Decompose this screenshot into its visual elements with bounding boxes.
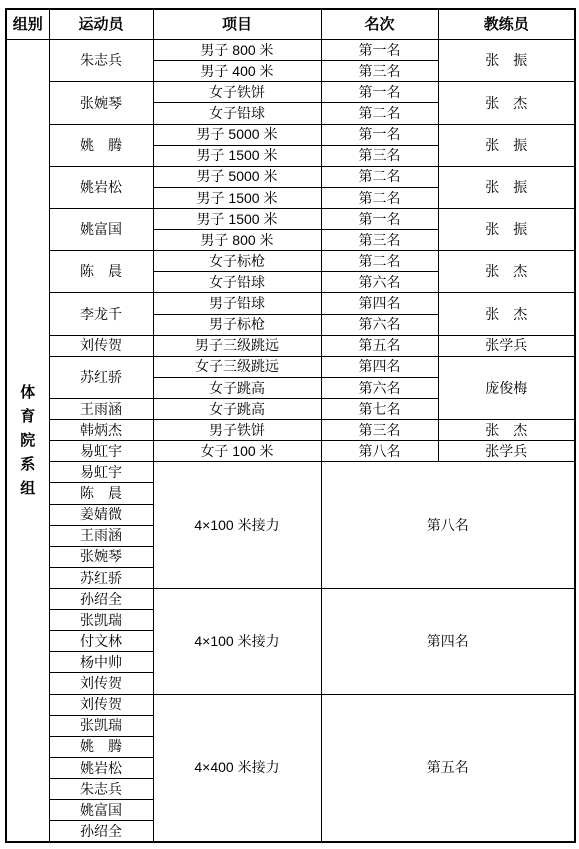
event-cell: 男子 5000 米 bbox=[153, 124, 321, 145]
event-cell: 女子铅球 bbox=[153, 103, 321, 124]
header-group: 组别 bbox=[6, 9, 49, 40]
rank-cell: 第一名 bbox=[321, 40, 438, 61]
event-cell: 女子铅球 bbox=[153, 272, 321, 293]
event-cell: 女子跳高 bbox=[153, 377, 321, 398]
relay-event-cell: 4×400 米接力 bbox=[153, 694, 321, 842]
rank-cell: 第六名 bbox=[321, 314, 438, 335]
event-cell: 男子 5000 米 bbox=[153, 166, 321, 187]
rank-cell: 第二名 bbox=[321, 103, 438, 124]
relay-rank-cell: 第四名 bbox=[321, 589, 575, 695]
relay-member-cell: 易虹宇 bbox=[49, 462, 153, 483]
header-row: 组别 运动员 项目 名次 教练员 bbox=[6, 9, 575, 40]
athlete-cell: 韩炳杰 bbox=[49, 420, 153, 441]
athlete-cell: 李龙千 bbox=[49, 293, 153, 335]
table-row: 易虹宇 女子 100 米 第八名 张学兵 bbox=[6, 441, 575, 462]
event-cell: 男子 1500 米 bbox=[153, 145, 321, 166]
rank-cell: 第三名 bbox=[321, 420, 438, 441]
rank-cell: 第八名 bbox=[321, 441, 438, 462]
rank-cell: 第三名 bbox=[321, 145, 438, 166]
relay-member-cell: 姚 腾 bbox=[49, 736, 153, 757]
coach-cell: 庞俊梅 bbox=[438, 356, 575, 419]
event-cell: 女子跳高 bbox=[153, 399, 321, 420]
relay-member-cell: 苏红骄 bbox=[49, 567, 153, 588]
relay-member-cell: 姚岩松 bbox=[49, 757, 153, 778]
rank-cell: 第三名 bbox=[321, 230, 438, 251]
athlete-cell: 易虹宇 bbox=[49, 441, 153, 462]
table-row: 姚岩松 男子 5000 米 第二名 张 振 bbox=[6, 166, 575, 187]
event-cell: 女子 100 米 bbox=[153, 441, 321, 462]
rank-cell: 第二名 bbox=[321, 166, 438, 187]
table-row: 易虹宇 4×100 米接力 第八名 bbox=[6, 462, 575, 483]
rank-cell: 第一名 bbox=[321, 124, 438, 145]
coach-cell: 张 振 bbox=[438, 209, 575, 251]
rank-cell: 第三名 bbox=[321, 61, 438, 82]
table-row: 刘传贺 男子三级跳远 第五名 张学兵 bbox=[6, 335, 575, 356]
header-athlete: 运动员 bbox=[49, 9, 153, 40]
event-cell: 男子 1500 米 bbox=[153, 187, 321, 208]
relay-member-cell: 姚富国 bbox=[49, 800, 153, 821]
athlete-cell: 张婉琴 bbox=[49, 82, 153, 124]
relay-member-cell: 孙绍全 bbox=[49, 821, 153, 842]
table-row: 刘传贺 4×400 米接力 第五名 bbox=[6, 694, 575, 715]
rank-cell: 第一名 bbox=[321, 209, 438, 230]
rank-cell: 第七名 bbox=[321, 399, 438, 420]
relay-member-cell: 姜婧微 bbox=[49, 504, 153, 525]
relay-member-cell: 王雨涵 bbox=[49, 525, 153, 546]
rank-cell: 第六名 bbox=[321, 272, 438, 293]
event-cell: 男子 800 米 bbox=[153, 40, 321, 61]
coach-cell: 张学兵 bbox=[438, 441, 575, 462]
header-event: 项目 bbox=[153, 9, 321, 40]
event-cell: 女子铁饼 bbox=[153, 82, 321, 103]
document-page: 组别 运动员 项目 名次 教练员 体育院系组 朱志兵 男子 800 米 第一名 … bbox=[0, 0, 579, 849]
relay-member-cell: 刘传贺 bbox=[49, 673, 153, 694]
relay-member-cell: 刘传贺 bbox=[49, 694, 153, 715]
relay-member-cell: 朱志兵 bbox=[49, 778, 153, 799]
relay-member-cell: 付文林 bbox=[49, 631, 153, 652]
event-cell: 男子 1500 米 bbox=[153, 209, 321, 230]
relay-rank-cell: 第五名 bbox=[321, 694, 575, 842]
athlete-cell: 刘传贺 bbox=[49, 335, 153, 356]
athlete-cell: 陈 晨 bbox=[49, 251, 153, 293]
table-row: 李龙千 男子铅球 第四名 张 杰 bbox=[6, 293, 575, 314]
header-coach: 教练员 bbox=[438, 9, 575, 40]
rank-cell: 第一名 bbox=[321, 82, 438, 103]
table-row: 苏红骄 女子三级跳远 第四名 庞俊梅 bbox=[6, 356, 575, 377]
athlete-cell: 王雨涵 bbox=[49, 399, 153, 420]
athlete-cell: 姚 腾 bbox=[49, 124, 153, 166]
rank-cell: 第二名 bbox=[321, 251, 438, 272]
event-cell: 男子三级跳远 bbox=[153, 335, 321, 356]
rank-cell: 第二名 bbox=[321, 187, 438, 208]
relay-event-cell: 4×100 米接力 bbox=[153, 589, 321, 695]
table-row: 姚富国 男子 1500 米 第一名 张 振 bbox=[6, 209, 575, 230]
relay-member-cell: 陈 晨 bbox=[49, 483, 153, 504]
table-row: 孙绍全 4×100 米接力 第四名 bbox=[6, 589, 575, 610]
coach-cell: 张 振 bbox=[438, 40, 575, 82]
event-cell: 男子 400 米 bbox=[153, 61, 321, 82]
group-cell: 体育院系组 bbox=[6, 40, 49, 842]
relay-member-cell: 张凯瑞 bbox=[49, 715, 153, 736]
athlete-cell: 苏红骄 bbox=[49, 356, 153, 398]
rank-cell: 第四名 bbox=[321, 356, 438, 377]
rank-cell: 第五名 bbox=[321, 335, 438, 356]
relay-rank-cell: 第八名 bbox=[321, 462, 575, 589]
header-rank: 名次 bbox=[321, 9, 438, 40]
relay-member-cell: 张凯瑞 bbox=[49, 610, 153, 631]
coach-cell: 张 杰 bbox=[438, 420, 575, 441]
coach-cell: 张 振 bbox=[438, 124, 575, 166]
relay-member-cell: 杨中帅 bbox=[49, 652, 153, 673]
relay-member-cell: 孙绍全 bbox=[49, 589, 153, 610]
table-row: 张婉琴 女子铁饼 第一名 张 杰 bbox=[6, 82, 575, 103]
rank-cell: 第六名 bbox=[321, 377, 438, 398]
athlete-cell: 姚富国 bbox=[49, 209, 153, 251]
coach-cell: 张 杰 bbox=[438, 82, 575, 124]
event-cell: 女子标枪 bbox=[153, 251, 321, 272]
relay-event-cell: 4×100 米接力 bbox=[153, 462, 321, 589]
results-table: 组别 运动员 项目 名次 教练员 体育院系组 朱志兵 男子 800 米 第一名 … bbox=[5, 8, 576, 843]
event-cell: 男子铁饼 bbox=[153, 420, 321, 441]
table-row: 陈 晨 女子标枪 第二名 张 杰 bbox=[6, 251, 575, 272]
event-cell: 男子 800 米 bbox=[153, 230, 321, 251]
rank-cell: 第四名 bbox=[321, 293, 438, 314]
table-row: 韩炳杰 男子铁饼 第三名 张 杰 bbox=[6, 420, 575, 441]
athlete-cell: 姚岩松 bbox=[49, 166, 153, 208]
event-cell: 男子铅球 bbox=[153, 293, 321, 314]
relay-member-cell: 张婉琴 bbox=[49, 546, 153, 567]
table-row: 体育院系组 朱志兵 男子 800 米 第一名 张 振 bbox=[6, 40, 575, 61]
coach-cell: 张学兵 bbox=[438, 335, 575, 356]
group-label: 体育院系组 bbox=[20, 381, 36, 501]
coach-cell: 张 杰 bbox=[438, 251, 575, 293]
event-cell: 男子标枪 bbox=[153, 314, 321, 335]
event-cell: 女子三级跳远 bbox=[153, 356, 321, 377]
athlete-cell: 朱志兵 bbox=[49, 40, 153, 82]
coach-cell: 张 杰 bbox=[438, 293, 575, 335]
table-row: 姚 腾 男子 5000 米 第一名 张 振 bbox=[6, 124, 575, 145]
coach-cell: 张 振 bbox=[438, 166, 575, 208]
